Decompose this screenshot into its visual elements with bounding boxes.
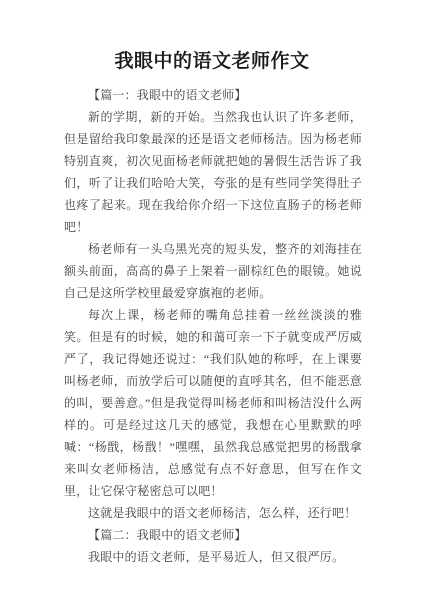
essay-paragraph: 新的学期，新的开始。当然我也认识了许多老师，但是留给我印象最深的还是语文老师杨洁…	[64, 106, 362, 238]
essay-paragraph: 这就是我眼中的语文老师杨洁，怎么样，还行吧！	[64, 502, 362, 524]
document-body: 【篇一：我眼中的语文老师】新的学期，新的开始。当然我也认识了许多老师，但是留给我…	[64, 84, 362, 568]
page-title: 我眼中的语文老师作文	[0, 49, 424, 75]
essay-paragraph: 每次上课，杨老师的嘴角总挂着一丝丝淡淡的雅笑。但是有的时候，她的和蔼可亲一下子就…	[64, 304, 362, 502]
essay-paragraph: 我眼中的语文老师，是平易近人，但又很严厉。	[64, 546, 362, 568]
section-header: 【篇一：我眼中的语文老师】	[64, 84, 362, 106]
document-page: 我眼中的语文老师作文 【篇一：我眼中的语文老师】新的学期，新的开始。当然我也认识…	[0, 0, 424, 600]
essay-paragraph: 杨老师有一头乌黑光亮的短头发，整齐的刘海挂在额头前面，高高的鼻子上架着一副棕红色…	[64, 238, 362, 304]
section-header: 【篇二：我眼中的语文老师】	[64, 524, 362, 546]
